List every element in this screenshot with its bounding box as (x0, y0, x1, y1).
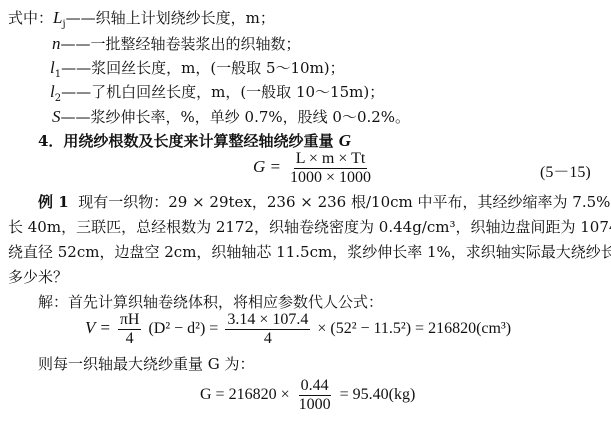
example-line-1: 例 1 现有一织物：29 × 29tex，236 × 236 根/10cm 中平… (38, 192, 611, 212)
volume-formula: V = πH 4 (D² − d²) = 3.14 × 107.4 4 × (5… (85, 311, 511, 348)
solution-intro: 解：首先计算织轴卷绕体积，将相应参数代人公式： (38, 292, 383, 312)
example-line-3: 绕直径 52cm，边盘空 2cm，织轴轴芯 11.5cm，浆纱伸长率 1%，求织… (8, 242, 611, 262)
example-line-2: 长 40m，三联匹，总经根数为 2172，织轴卷绕密度为 0.44g/cm³，织… (8, 217, 611, 237)
definition-line-n: n——一批整经轴卷装浆出的织轴数； (52, 34, 301, 54)
formula-5-15: G = L × m × Tt 1000 × 1000 (253, 150, 376, 187)
definition-line-s: S——浆纱伸长率，%，单纱 0.7%，股线 0～0.2%。 (52, 107, 410, 127)
equation-number: (5－15) (540, 163, 591, 183)
weight-formula: G = 216820 × 0.44 1000 = 95.40(kg) (200, 377, 415, 414)
example-label: 例 1 (38, 193, 69, 211)
definition-line-lj: 式中：Lj——织轴上计划绕纱长度，m； (8, 8, 275, 35)
definition-line-l2: l2——了机白回丝长度，m，(一般取 10～15m)； (50, 82, 384, 109)
example-line-4: 多少米？ (8, 267, 68, 287)
section-heading: 4．用绕纱根数及长度来计算整经轴绕纱重量 G (38, 131, 351, 151)
definition-prefix: 式中： (8, 9, 53, 27)
definition-line-l1: l1——浆回丝长度，m，(一般取 5～10m)； (50, 58, 345, 85)
formula-fraction: L × m × Tt 1000 × 1000 (288, 150, 373, 187)
weight-intro: 则每一织轴最大绕纱重量 G 为： (38, 354, 255, 374)
